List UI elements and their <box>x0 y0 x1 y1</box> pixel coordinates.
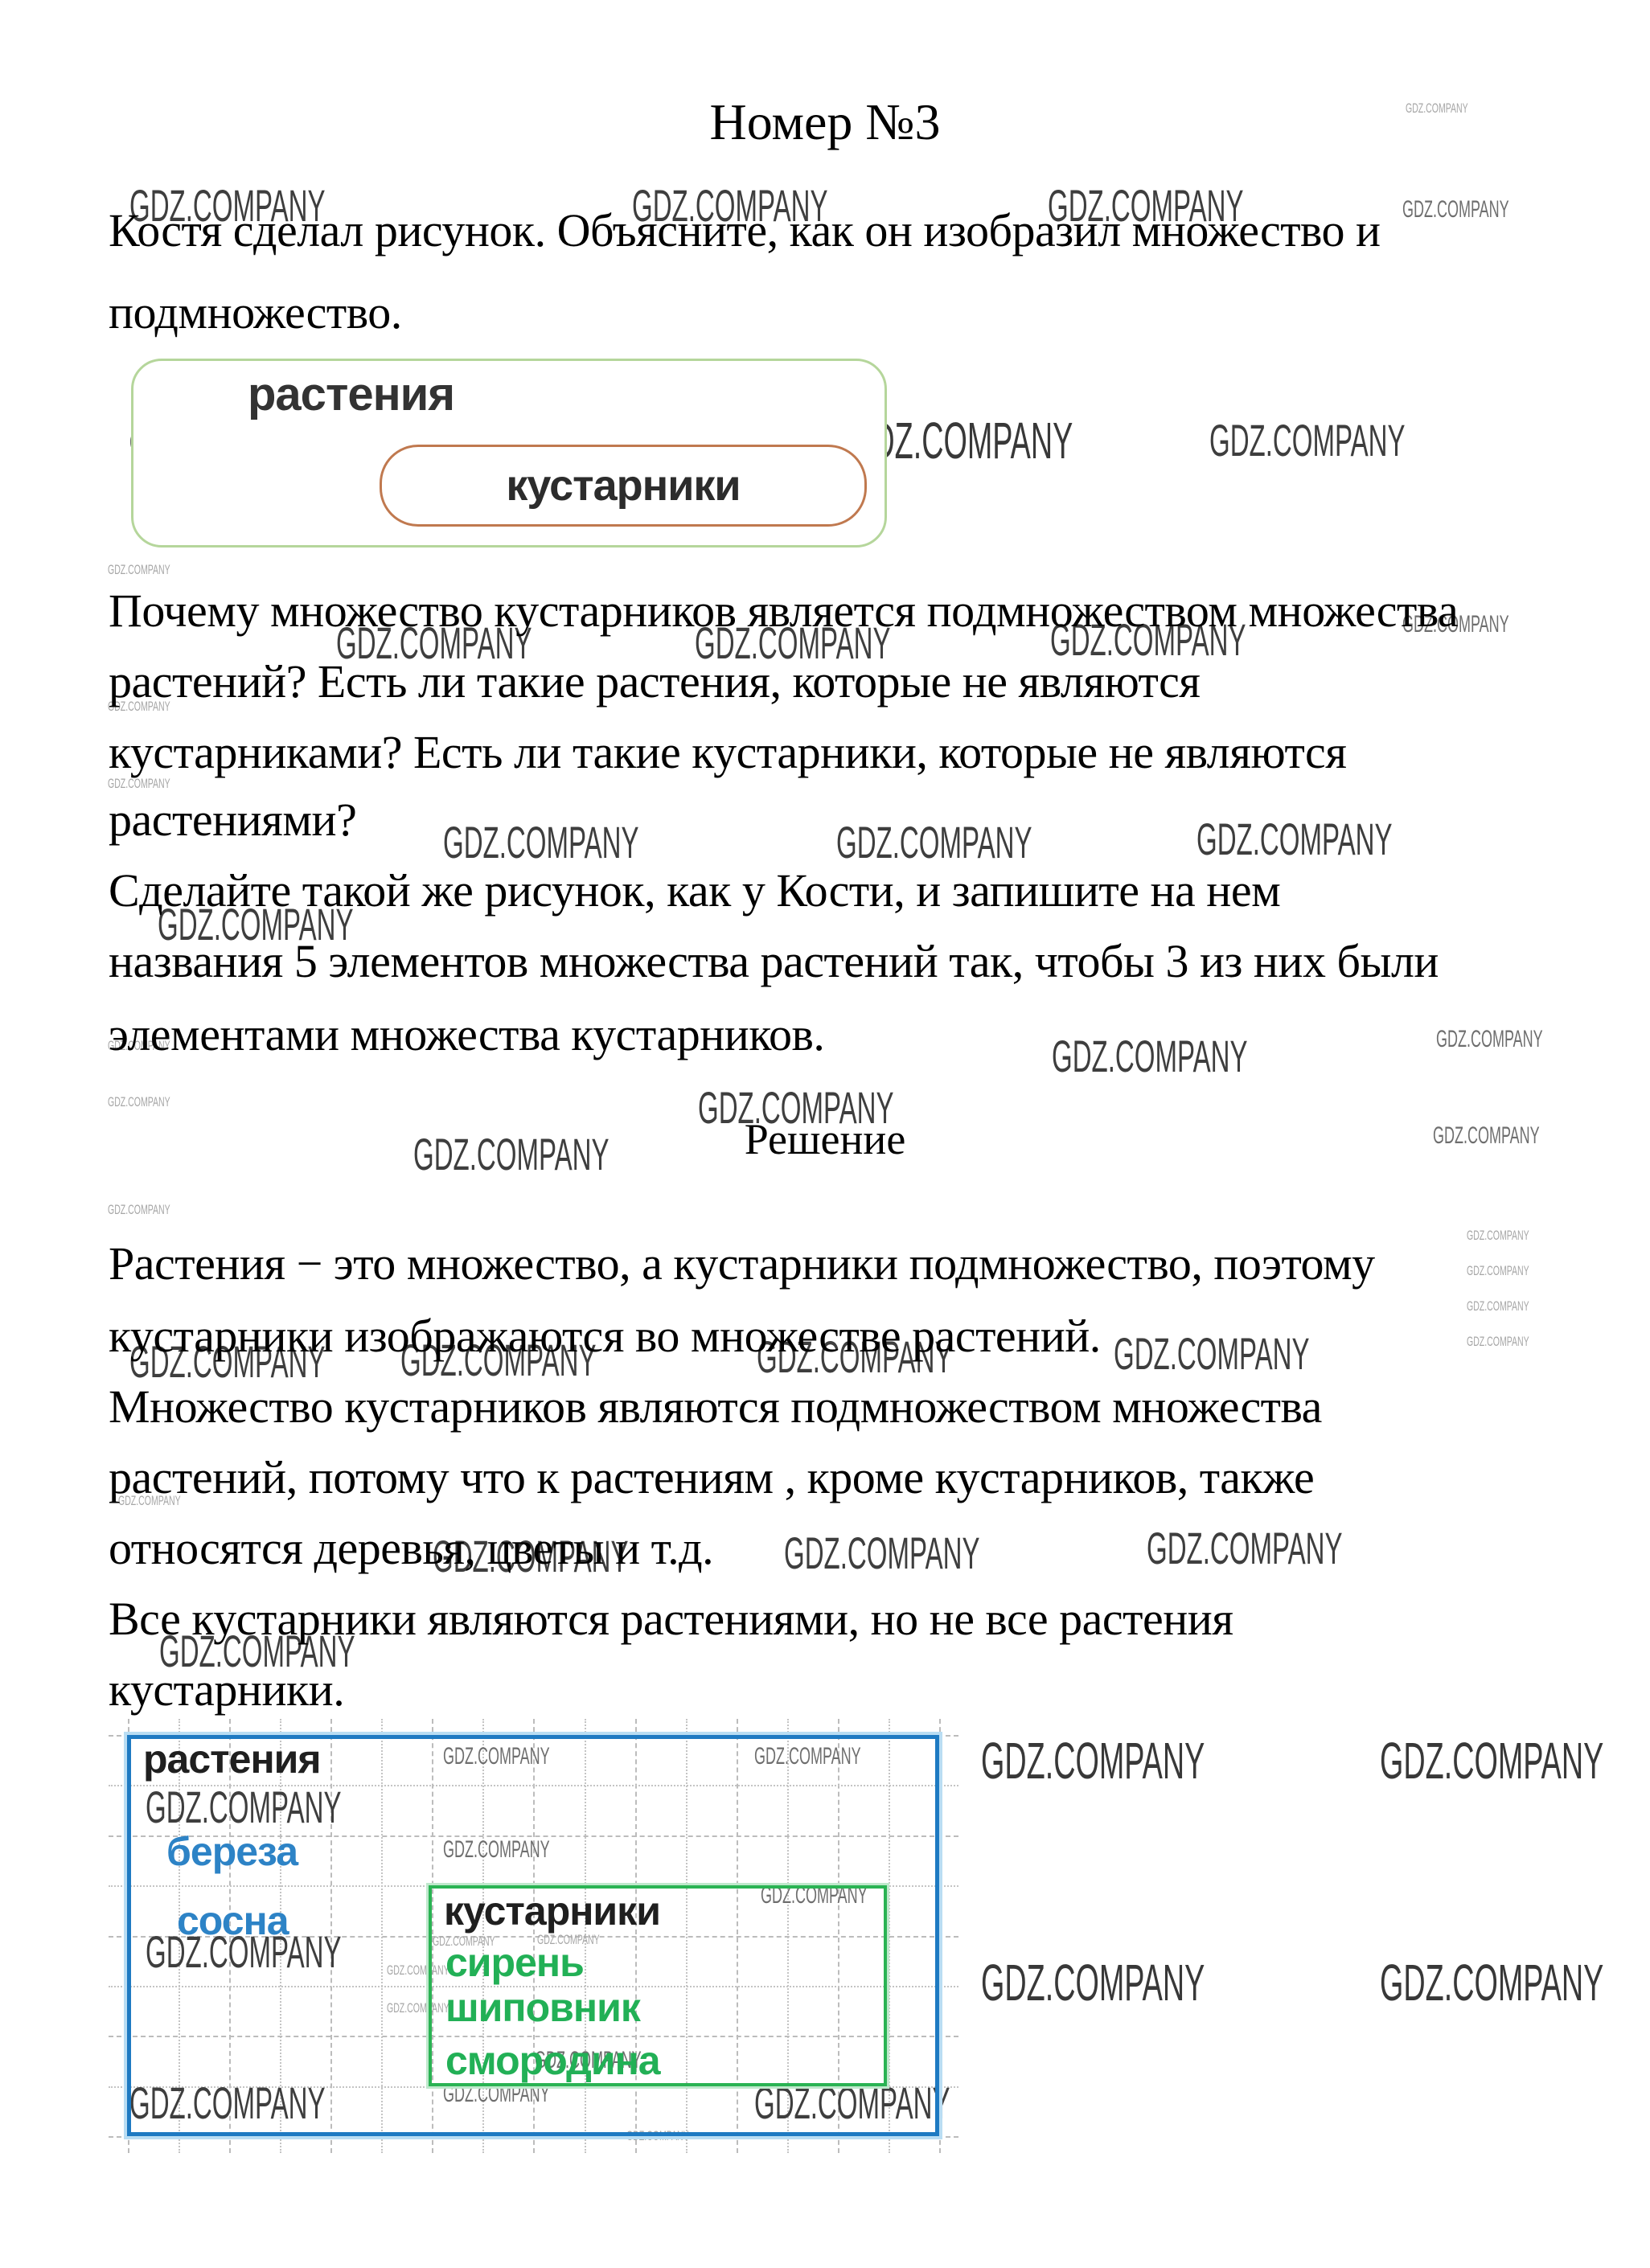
watermark: GDZ.COMPANY <box>1467 1299 1529 1313</box>
watermark: GDZ.COMPANY <box>1402 198 1509 222</box>
question-line: растений? Есть ли такие растения, которы… <box>109 658 1201 705</box>
diagram2-item-bereza: береза <box>166 1831 298 1872</box>
solution-heading: Решение <box>0 1118 1650 1161</box>
watermark: GDZ.COMPANY <box>1209 418 1406 463</box>
watermark: GDZ.COMPANY <box>1052 1034 1248 1079</box>
watermark: GDZ.COMPANY <box>1114 1331 1310 1376</box>
watermark: GDZ.COMPANY <box>1380 1957 1603 2008</box>
diagram2-item-shipovnik: шиповник <box>445 1987 640 2028</box>
solution-line: относятся деревья, цветы и т.д. <box>109 1525 713 1572</box>
watermark: GDZ.COMPANY <box>1467 1264 1529 1278</box>
page-title: Номер №3 <box>0 96 1650 148</box>
diagram2-item-siren: сирень <box>445 1942 584 1983</box>
grid-line <box>109 2136 958 2138</box>
task-line: элементами множества кустарников. <box>109 1011 824 1058</box>
diagram2-plants-label: растения <box>143 1739 321 1779</box>
watermark: GDZ.COMPANY <box>1196 817 1393 862</box>
solution-line: Все кустарники являются растениями, но н… <box>109 1596 1233 1643</box>
watermark: GDZ.COMPANY <box>981 1957 1205 2008</box>
document-page: GDZ.COMPANYGDZ.COMPANYGDZ.COMPANYGDZ.COM… <box>0 0 1650 2268</box>
diagram1-plants-label: растения <box>248 371 454 418</box>
question-line: Почему множество кустарников является по… <box>109 588 1458 634</box>
diagram1-shrubs-subset-box: кустарники <box>380 445 867 527</box>
solution-line: Множество кустарников являются подмножес… <box>109 1384 1322 1430</box>
intro-line: подмножество. <box>109 289 402 336</box>
watermark: GDZ.COMPANY <box>1467 1228 1529 1242</box>
solution-line: кустарники. <box>109 1667 344 1713</box>
watermark: GDZ.COMPANY <box>108 1095 170 1109</box>
watermark: GDZ.COMPANY <box>108 777 170 790</box>
watermark: GDZ.COMPANY <box>443 820 639 865</box>
solution-line: растений, потому что к растениям , кроме… <box>109 1454 1314 1501</box>
question-line: растениями? <box>109 797 356 843</box>
diagram2-shrubs-label: кустарники <box>444 1891 660 1931</box>
solution-line: Растения − это множество, а кустарники п… <box>109 1241 1375 1287</box>
diagram2-item-sosna: сосна <box>177 1901 289 1941</box>
watermark: GDZ.COMPANY <box>836 820 1032 865</box>
solution-line: кустарники изображаются во множестве рас… <box>109 1313 1101 1360</box>
watermark: GDZ.COMPANY <box>1147 1526 1343 1571</box>
task-line: названия 5 элементов множества растений … <box>109 938 1439 985</box>
watermark: GDZ.COMPANY <box>108 1203 170 1216</box>
task-line: Сделайте такой же рисунок, как у Кости, … <box>109 867 1280 914</box>
diagram2-item-smorodina: смородина <box>445 2040 660 2081</box>
watermark: GDZ.COMPANY <box>784 1531 980 1576</box>
watermark: GDZ.COMPANY <box>108 563 170 576</box>
watermark: GDZ.COMPANY <box>981 1735 1205 1786</box>
watermark: GDZ.COMPANY <box>1436 1027 1543 1052</box>
watermark: GDZ.COMPANY <box>1467 1335 1529 1348</box>
watermark: GDZ.COMPANY <box>1380 1735 1603 1786</box>
question-line: кустарниками? Есть ли такие кустарники, … <box>109 729 1346 776</box>
diagram1-shrubs-label: кустарники <box>506 461 740 511</box>
intro-line: Костя сделал рисунок. Объясните, как он … <box>109 207 1381 254</box>
